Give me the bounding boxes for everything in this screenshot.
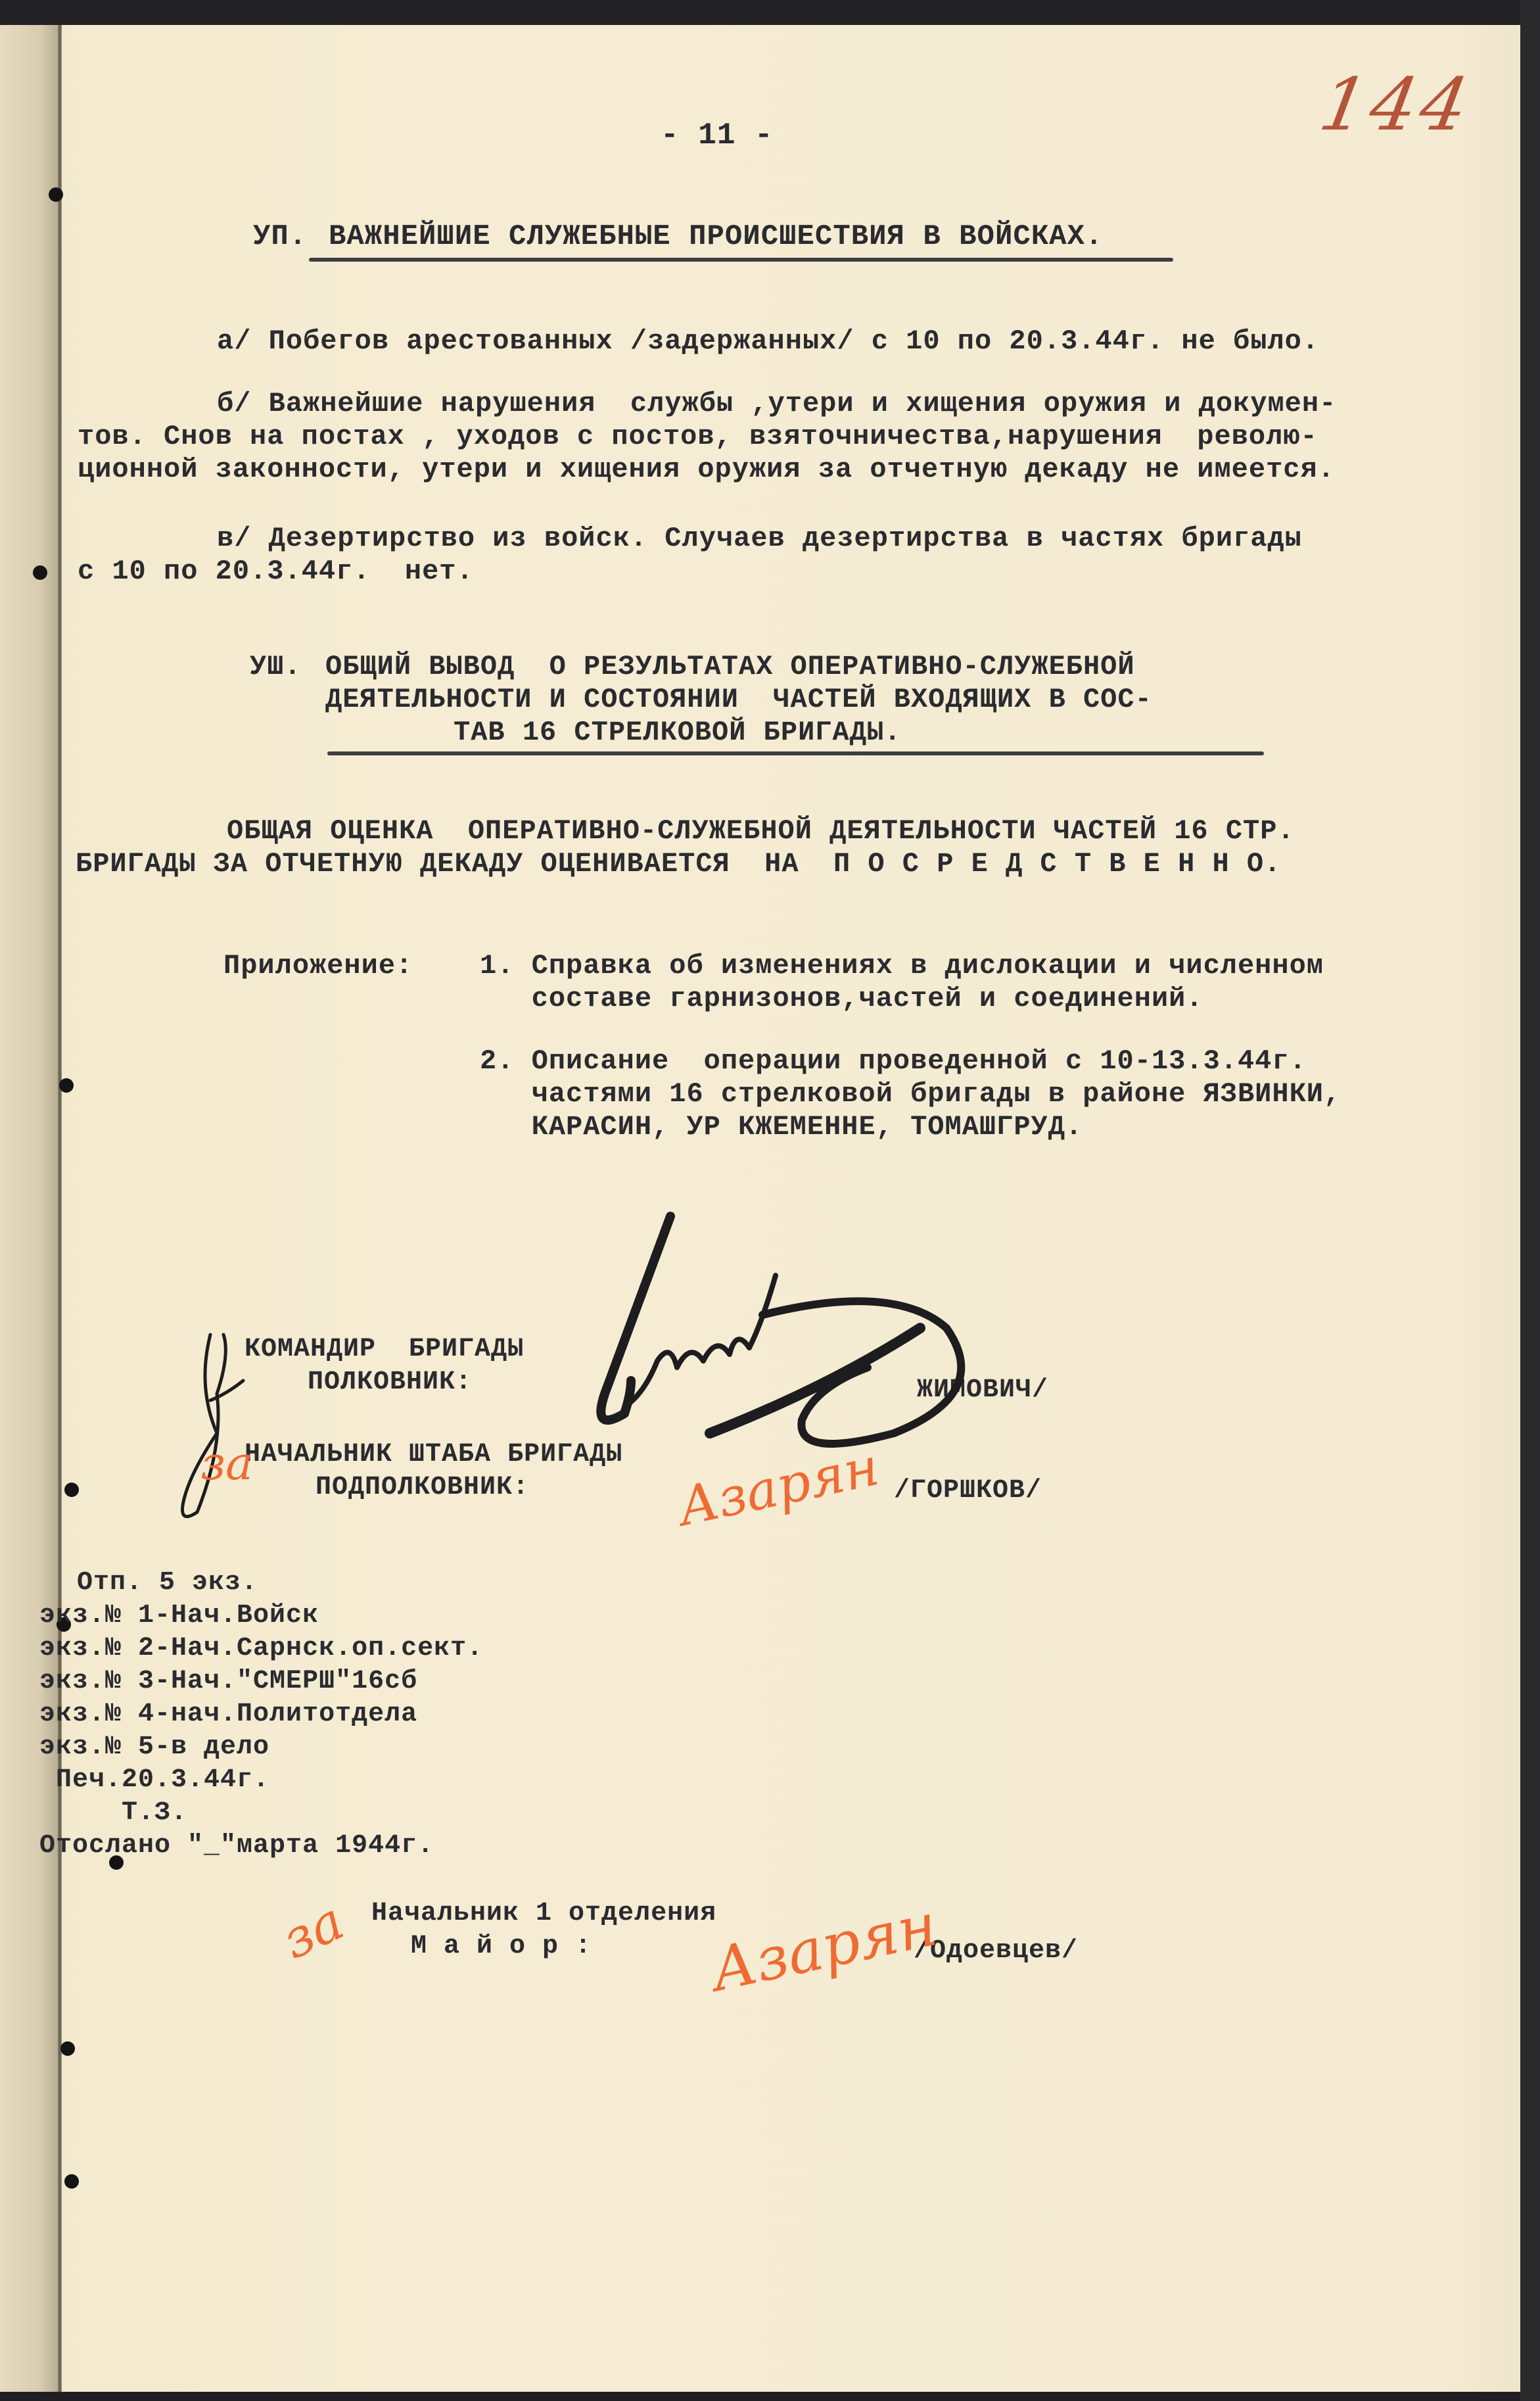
commander-pencil-signature <box>171 1197 1058 1525</box>
appendix-label: Приложение: <box>223 950 413 982</box>
item-b-line: ционной законности, утери и хищения оруж… <box>78 454 1335 485</box>
chief-of-staff-handwritten-for: за <box>200 1437 253 1490</box>
appendix-item-2-line: КАРАСИН, УР КЖЕМЕННЕ, ТОМАШГРУД. <box>480 1111 1083 1143</box>
section8-number: УШ. <box>250 651 302 682</box>
distribution-line: экз.№ 1-Нач.Войск <box>39 1601 319 1630</box>
distribution-line: экз.№ 4-нач.Политотдела <box>39 1700 417 1729</box>
conclusion-line: БРИГАДЫ ЗА ОТЧЕТНУЮ ДЕКАДУ ОЦЕНИВАЕТСЯ Н… <box>76 848 1281 880</box>
distribution-line: Печ.20.3.44г. <box>39 1765 269 1795</box>
appendix-item-2-line: частями 16 стрелковой бригады в районе Я… <box>480 1078 1341 1110</box>
section7-title: ВАЖНЕЙШИЕ СЛУЖЕБНЫЕ ПРОИСШЕСТВИЯ В ВОЙСК… <box>329 220 1103 253</box>
scan-background-right <box>1520 0 1540 2401</box>
binding-hole <box>59 1078 74 1093</box>
appendix-item-1-line: 1. Справка об изменениях в дислокации и … <box>480 950 1324 982</box>
department-head-title: Начальник 1 отделения <box>371 1899 716 1928</box>
binding-hole <box>33 565 47 580</box>
item-b-line: тов. Снов на постах , уходов с постов, в… <box>78 421 1318 452</box>
section7-number: УП. <box>253 220 307 253</box>
section7-title-underline <box>309 258 1173 262</box>
distribution-line: экз.№ 3-Нач."СМЕРШ"16сб <box>39 1667 417 1696</box>
section8-title-line: ДЕЯТЕЛЬНОСТИ И СОСТОЯНИИ ЧАСТЕЙ ВХОДЯЩИХ… <box>325 684 1152 715</box>
section8-title-line: ТАВ 16 СТРЕЛКОВОЙ БРИГАДЫ. <box>454 717 901 748</box>
item-v-line: в/ Дезертирство из войск. Случаев дезерт… <box>217 523 1302 554</box>
item-b-line: б/ Важнейшие нарушения службы ,утери и х… <box>217 388 1336 419</box>
binding-fold <box>58 25 62 2392</box>
section8-title-underline <box>327 751 1264 755</box>
distribution-line: Т.З. <box>39 1798 187 1828</box>
item-a-line: а/ Побегов арестованных /задержанных/ с … <box>217 325 1319 357</box>
distribution-line: экз.№ 2-Нач.Сарнск.оп.сект. <box>39 1634 483 1663</box>
appendix-item-1-line: составе гарнизонов,частей и соединений. <box>480 983 1203 1014</box>
binding-hole <box>49 187 63 202</box>
section8-title-line: ОБЩИЙ ВЫВОД О РЕЗУЛЬТАТАХ ОПЕРАТИВНО-СЛУ… <box>325 651 1135 682</box>
conclusion-line: ОБЩАЯ ОЦЕНКА ОПЕРАТИВНО-СЛУЖЕБНОЙ ДЕЯТЕЛ… <box>227 815 1295 847</box>
scan-background-top <box>0 0 1540 26</box>
binding-hole <box>60 2041 75 2056</box>
distribution-line: Отослано "_"марта 1944г. <box>39 1831 434 1861</box>
department-head-rank: М а й о р : <box>411 1932 592 1961</box>
distribution-line: экз.№ 5-в дело <box>39 1732 269 1762</box>
previous-page-edge <box>0 25 58 2392</box>
binding-hole <box>64 1483 79 1497</box>
binding-hole <box>64 2174 79 2189</box>
page-number: - 11 - <box>661 118 774 153</box>
distribution-line: Отп. 5 экз. <box>60 1568 258 1598</box>
appendix-item-2-line: 2. Описание операции проведенной с 10-13… <box>480 1045 1307 1077</box>
item-v-line: с 10 по 20.3.44г. нет. <box>78 556 474 587</box>
archive-sheet-number: 144 <box>1314 62 1479 147</box>
